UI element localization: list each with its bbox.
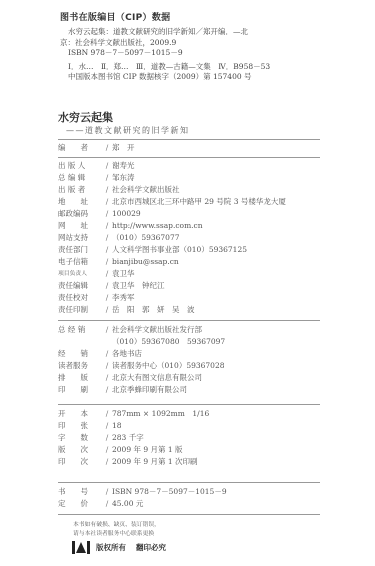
- book-subtitle: ——道教文献研究的旧学新知: [66, 125, 190, 136]
- publisher-logo-icon: [72, 541, 90, 554]
- row-label: 责任印制: [58, 304, 102, 316]
- row-label: 责任校对: [58, 292, 102, 304]
- divider: [58, 404, 320, 405]
- row-label: 编 者: [58, 142, 102, 154]
- row-value: （010）59367077: [112, 232, 180, 244]
- row-value: 787mm × 1092mm 1/16: [112, 408, 209, 420]
- info-row: 责任印制/岳 阳 郭 妍 吴 波: [58, 304, 348, 316]
- cip-line: 水穷云起集：道教文献研究的旧学新知／郑开编．—北: [60, 27, 350, 38]
- row-label: 邮政编码: [58, 208, 102, 220]
- info-row: 总 经 销/社会科学文献出版社发行部: [58, 324, 348, 336]
- row-value: 袁卫华 钟纪江: [112, 280, 165, 292]
- info-row: 读者服务/读者服务中心（010）59367028: [58, 360, 348, 372]
- info-row: 书 号/ISBN 978－7－5097－1015－9: [58, 486, 348, 498]
- info-row: 开 本/787mm × 1092mm 1/16: [58, 408, 348, 420]
- cip-line: 京：社会科学文献出版社，2009.9: [60, 38, 350, 49]
- info-row: 网 址/http://www.ssap.com.cn: [58, 220, 348, 232]
- info-row: 版 次/2009 年 9 月第 1 版: [58, 444, 348, 456]
- row-value: 2009 年 9 月第 1 版: [112, 444, 183, 456]
- row-label: 字 数: [58, 432, 102, 444]
- email-link[interactable]: bianjibu@ssap.cn: [112, 256, 179, 268]
- row-value: 北京大有图文信息有限公司: [112, 372, 202, 384]
- row-label: 出 版 人: [58, 160, 102, 172]
- row-value: 100029: [112, 208, 141, 220]
- divider: [58, 514, 320, 515]
- info-row: 责任校对/李秀军: [58, 292, 348, 304]
- website-link[interactable]: http://www.ssap.com.cn: [112, 220, 203, 232]
- row-label: 经 销: [58, 348, 102, 360]
- row-value: 北京市西城区北三环中路甲 29 号院 3 号楼华龙大厦: [112, 196, 286, 208]
- info-row: 排 版/北京大有图文信息有限公司: [58, 372, 348, 384]
- isbn-value: ISBN 978－7－5097－1015－9: [112, 486, 227, 498]
- notice-line: 请与本社读者服务中心联系更换: [73, 530, 160, 539]
- price-value: 45.00 元: [112, 498, 143, 510]
- row-value: 袁卫华: [112, 268, 135, 280]
- divider: [58, 157, 320, 158]
- cip-line: ISBN 978－7－5097－1015－9: [60, 48, 350, 59]
- row-value: 社会科学文献出版社发行部: [112, 324, 202, 336]
- copyright-notice: 版权所有翻印必究: [72, 541, 166, 554]
- info-row: 地 址/北京市西城区北三环中路甲 29 号院 3 号楼华龙大厦: [58, 196, 348, 208]
- info-row: 出 版 人/谢寿光: [58, 160, 348, 172]
- row-value: 读者服务中心（010）59367028: [112, 360, 225, 372]
- row-value: 北京季蜂印刷有限公司: [112, 384, 187, 396]
- row-value: 谢寿光: [112, 160, 135, 172]
- specs-section: 开 本/787mm × 1092mm 1/16 印 张/18 字 数/283 千…: [58, 408, 348, 468]
- info-row: 电子信箱/bianjibu@ssap.cn: [58, 256, 348, 268]
- info-row: 印 次/2009 年 9 月第 1 次印刷: [58, 456, 348, 468]
- copyright-page: 图书在版编目（CIP）数据 水穷云起集：道教文献研究的旧学新知／郑开编．—北 京…: [0, 0, 375, 566]
- row-label: 书 号: [58, 486, 102, 498]
- row-label: 网 址: [58, 220, 102, 232]
- info-row: 字 数/283 千字: [58, 432, 348, 444]
- info-row: 项目负责人/袁卫华: [58, 268, 348, 280]
- row-value: 283 千字: [112, 432, 144, 444]
- row-value: 社会科学文献出版社: [112, 184, 180, 196]
- row-label: 网站支持: [58, 232, 102, 244]
- divider: [58, 139, 320, 140]
- info-row: 定 价/45.00 元: [58, 498, 348, 510]
- row-value: 18: [112, 420, 122, 432]
- distribution-section: 总 经 销/社会科学文献出版社发行部 /（010）59367080 593670…: [58, 324, 348, 396]
- info-row: 出 版 者/社会科学文献出版社: [58, 184, 348, 196]
- info-row: 责任部门/人文科学图书事业部（010）59367125: [58, 244, 348, 256]
- notice-line: 本书如有破损、缺页、装订错误，: [73, 521, 160, 530]
- row-value: 郑 开: [112, 142, 135, 154]
- row-label: 电子信箱: [58, 256, 102, 268]
- copyright-rights: 版权所有: [96, 543, 126, 552]
- copyright-piracy: 翻印必究: [136, 543, 166, 552]
- row-label: 责任编辑: [58, 280, 102, 292]
- editor-section: 编 者 / 郑 开: [58, 142, 348, 154]
- row-label: 读者服务: [58, 360, 102, 372]
- row-label: 印 张: [58, 420, 102, 432]
- cip-line: 中国版本图书馆 CIP 数据核字（2009）第 157400 号: [60, 72, 350, 83]
- info-row: 总 编 辑/邹东涛: [58, 172, 348, 184]
- publishing-section: 出 版 人/谢寿光 总 编 辑/邹东涛 出 版 者/社会科学文献出版社 地 址/…: [58, 160, 348, 316]
- row-label: 版 次: [58, 444, 102, 456]
- row-value: 人文科学图书事业部（010）59367125: [112, 244, 247, 256]
- row-label: 印 次: [58, 456, 102, 468]
- row-value: 岳 阳 郭 妍 吴 波: [112, 304, 195, 316]
- row-label: 总 经 销: [58, 324, 102, 336]
- book-title: 水穷云起集: [58, 109, 113, 125]
- row-label: 排 版: [58, 372, 102, 384]
- row-value: 李秀军: [112, 292, 135, 304]
- info-row: 印 刷/北京季蜂印刷有限公司: [58, 384, 348, 396]
- cip-block: 图书在版编目（CIP）数据 水穷云起集：道教文献研究的旧学新知／郑开编．—北 京…: [60, 10, 350, 83]
- editor-row: 编 者 / 郑 开: [58, 142, 348, 154]
- info-row: /（010）59367080 59367097: [58, 336, 348, 348]
- row-label: 总 编 辑: [58, 172, 102, 184]
- cip-line: Ⅰ．水… Ⅱ．郑… Ⅲ．道教—古籍—文集 Ⅳ．B958－53: [60, 62, 350, 73]
- info-row: 印 张/18: [58, 420, 348, 432]
- row-label: 地 址: [58, 196, 102, 208]
- info-row: 邮政编码/100029: [58, 208, 348, 220]
- row-label: 项目负责人: [58, 268, 102, 280]
- row-label: 责任部门: [58, 244, 102, 256]
- row-label: 出 版 者: [58, 184, 102, 196]
- row-value: 2009 年 9 月第 1 次印刷: [112, 456, 198, 468]
- divider: [58, 482, 320, 483]
- info-row: 经 销/各地书店: [58, 348, 348, 360]
- pricing-section: 书 号/ISBN 978－7－5097－1015－9 定 价/45.00 元: [58, 486, 348, 510]
- cip-title: 图书在版编目（CIP）数据: [60, 10, 350, 23]
- row-label: 定 价: [58, 498, 102, 510]
- info-row: 网站支持/（010）59367077: [58, 232, 348, 244]
- row-value: 各地书店: [112, 348, 142, 360]
- row-value: 邹东涛: [112, 172, 135, 184]
- divider: [58, 320, 320, 321]
- damage-notice: 本书如有破损、缺页、装订错误， 请与本社读者服务中心联系更换: [73, 521, 160, 539]
- row-label: 开 本: [58, 408, 102, 420]
- info-row: 责任编辑/袁卫华 钟纪江: [58, 280, 348, 292]
- row-label: 印 刷: [58, 384, 102, 396]
- row-value: （010）59367080 59367097: [112, 336, 225, 348]
